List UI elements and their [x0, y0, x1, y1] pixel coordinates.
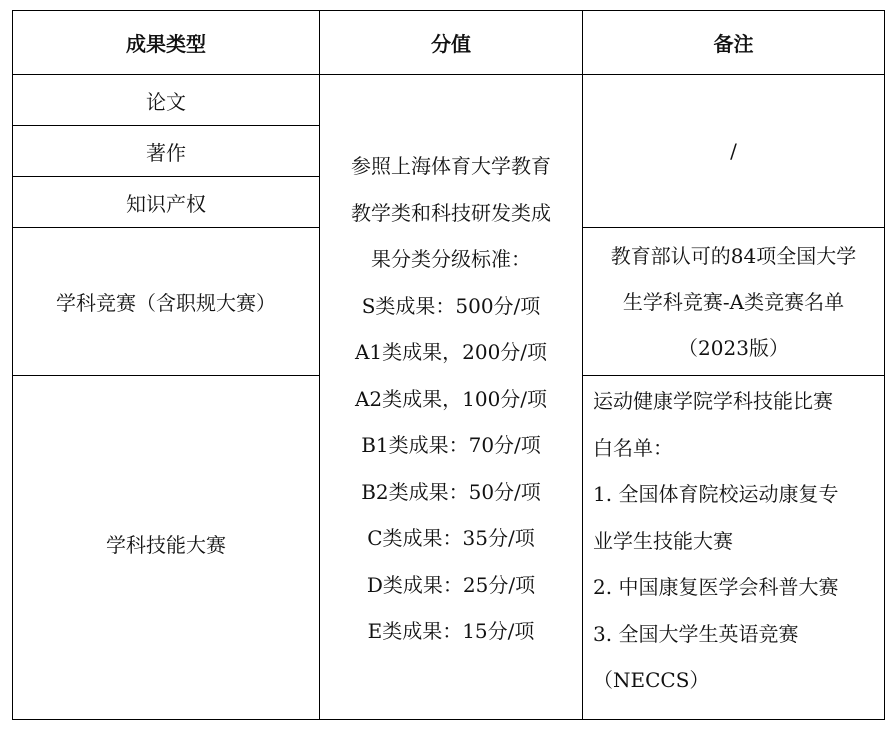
- header-remark: 备注: [583, 11, 885, 75]
- remark-line: 3. 全国大学生英语竞赛: [593, 611, 878, 658]
- remark-line: 运动健康学院学科技能比赛: [593, 378, 878, 425]
- table-row: 论文 参照上海体育大学教育 教学类和科技研发类成 果分类分级标准： S类成果：5…: [13, 75, 885, 126]
- header-row: 成果类型 分值 备注: [13, 11, 885, 75]
- score-level-b1: B1类成果：70分/项: [320, 422, 582, 469]
- type-cell-book: 著作: [13, 126, 320, 177]
- score-level-s: S类成果：500分/项: [320, 283, 582, 330]
- achievement-scoring-table: 成果类型 分值 备注 论文 参照上海体育大学教育 教学类和科技研发类成 果分类分…: [12, 10, 885, 720]
- score-level-a2: A2类成果，100分/项: [320, 376, 582, 423]
- remark-line: 教育部认可的84项全国大学: [587, 233, 880, 279]
- remark-line: 生学科竞赛-A类竞赛名单: [587, 279, 880, 325]
- score-intro-line: 参照上海体育大学教育: [328, 143, 574, 190]
- score-cell: 参照上海体育大学教育 教学类和科技研发类成 果分类分级标准： S类成果：500分…: [320, 75, 583, 720]
- remark-cell-skills: 运动健康学院学科技能比赛 白名单： 1. 全国体育院校运动康复专 业学生技能大赛…: [583, 376, 885, 720]
- score-intro: 参照上海体育大学教育 教学类和科技研发类成 果分类分级标准：: [320, 143, 582, 283]
- type-cell-competition: 学科竞赛（含职规大赛）: [13, 228, 320, 376]
- score-level-a1: A1类成果，200分/项: [320, 329, 582, 376]
- score-level-b2: B2类成果：50分/项: [320, 469, 582, 516]
- type-cell-skills: 学科技能大赛: [13, 376, 320, 720]
- type-cell-ip: 知识产权: [13, 177, 320, 228]
- remark-line: 2. 中国康复医学会科普大赛: [593, 564, 878, 611]
- score-intro-line: 果分类分级标准：: [328, 236, 574, 283]
- remark-line: 1. 全国体育院校运动康复专: [593, 471, 878, 518]
- remark-line: 白名单：: [593, 425, 878, 472]
- score-intro-line: 教学类和科技研发类成: [328, 190, 574, 237]
- remark-cell-none: /: [583, 75, 885, 228]
- score-level-d: D类成果：25分/项: [320, 562, 582, 609]
- header-score: 分值: [320, 11, 583, 75]
- score-level-c: C类成果：35分/项: [320, 515, 582, 562]
- remark-line: （2023版）: [587, 325, 880, 371]
- score-level-e: E类成果：15分/项: [320, 608, 582, 655]
- remark-line: 业学生技能大赛: [593, 518, 878, 565]
- remark-line: （NECCS）: [593, 657, 878, 704]
- header-achievement-type: 成果类型: [13, 11, 320, 75]
- remark-cell-competition: 教育部认可的84项全国大学 生学科竞赛-A类竞赛名单 （2023版）: [583, 228, 885, 376]
- type-cell-paper: 论文: [13, 75, 320, 126]
